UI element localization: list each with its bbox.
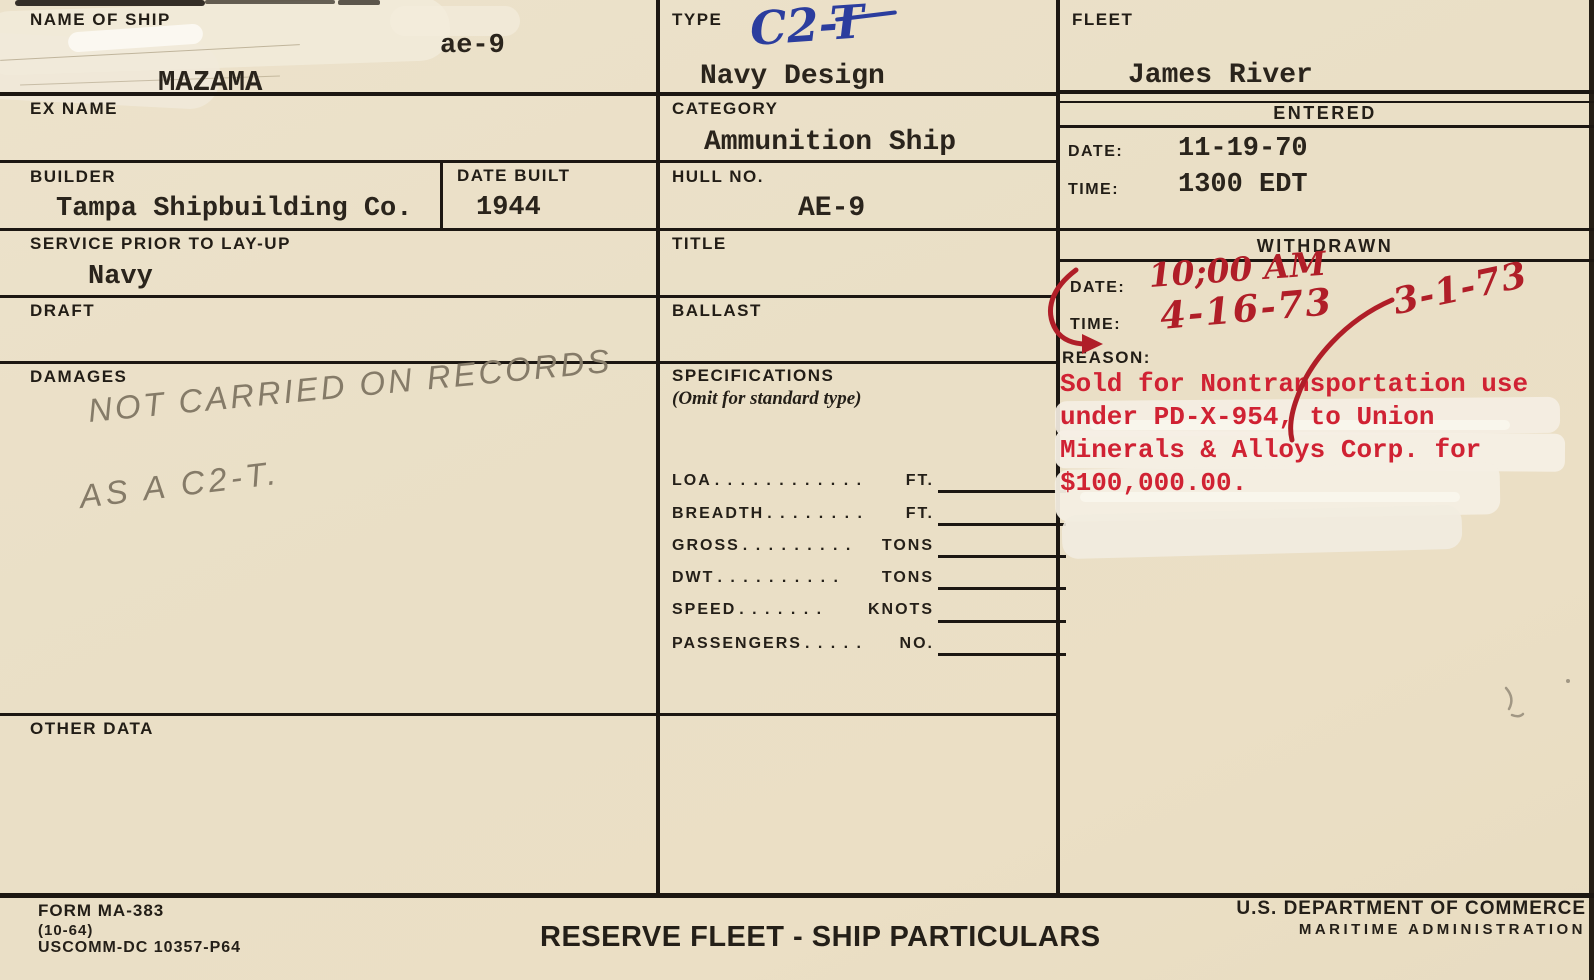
fleet-label: FLEET <box>1072 10 1133 30</box>
entered-time-label: TIME: <box>1068 181 1119 199</box>
spec-name: DWT <box>672 569 714 587</box>
builder-value: Tampa Shipbuilding Co. <box>56 194 412 224</box>
row-rule <box>0 295 1060 298</box>
spec-name: PASSENGERS <box>672 635 802 653</box>
spec-dots: . . . . . . . . <box>767 505 903 523</box>
damages-label: DAMAGES <box>30 367 127 387</box>
spec-dots: . . . . . . . . . . . . <box>715 472 903 490</box>
category-label: CATEGORY <box>672 99 778 119</box>
category-value: Ammunition Ship <box>704 127 956 158</box>
pencil-dot <box>1566 679 1570 683</box>
spec-blank-line <box>938 555 1066 558</box>
reason-line: Sold for Nontransportation use <box>1060 368 1528 401</box>
name-of-ship-pre-value: ae-9 <box>440 31 505 61</box>
spec-unit: FT. <box>906 505 934 523</box>
column-divider-left <box>656 0 660 896</box>
spec-unit: TONS <box>882 569 934 587</box>
ex-name-label: EX NAME <box>30 99 118 119</box>
spec-unit: NO. <box>900 635 934 653</box>
spec-row-passengers: PASSENGERS. . . . .NO. <box>672 635 934 653</box>
agency-line2: MARITIME ADMINISTRATION <box>1236 921 1586 938</box>
hull-no-value: AE-9 <box>798 193 865 224</box>
spec-dots: . . . . . . . . . <box>743 537 879 555</box>
spec-blank-line <box>938 587 1066 590</box>
spec-unit: TONS <box>882 537 934 555</box>
entered-header: ENTERED <box>1056 103 1594 124</box>
spec-row-speed: SPEED. . . . . . .KNOTS <box>672 601 934 619</box>
entered-box-rule <box>1056 125 1594 128</box>
spec-name: LOA <box>672 472 712 490</box>
withdrawn-time-label: TIME: <box>1070 316 1121 334</box>
name-of-ship-label: NAME OF SHIP <box>30 10 171 30</box>
form-number: FORM MA-383 <box>38 901 164 921</box>
type-label: TYPE <box>672 10 722 30</box>
row-rule <box>0 160 1060 163</box>
spec-dots: . . . . . . . . . . <box>717 569 878 587</box>
damages-pencil-note-line2: AS A C2-T. <box>77 454 282 516</box>
spec-name: GROSS <box>672 537 740 555</box>
ink-smudge <box>338 0 380 5</box>
entered-date-value: 11-19-70 <box>1178 134 1308 164</box>
type-value: Navy Design <box>700 61 885 92</box>
draft-label: DRAFT <box>30 301 95 321</box>
ink-smudge <box>205 0 335 4</box>
withdrawn-reason-label: REASON: <box>1062 348 1151 368</box>
form-code: USCOMM-DC 10357-P64 <box>38 939 241 957</box>
spec-unit: FT. <box>906 472 934 490</box>
date-built-divider <box>440 160 443 230</box>
spec-blank-line <box>938 653 1066 656</box>
name-of-ship-value: MAZAMA <box>158 66 262 99</box>
type-handwritten-value: C2-T <box>748 0 866 56</box>
spec-unit: KNOTS <box>868 601 934 619</box>
card-title: RESERVE FLEET - SHIP PARTICULARS <box>540 921 1101 954</box>
spec-name: SPEED <box>672 601 736 619</box>
specifications-note: (Omit for standard type) <box>672 388 861 410</box>
ink-smudge <box>15 0 205 6</box>
withdrawn-time-handwritten-2: 3-1-73 <box>1389 254 1531 323</box>
hull-no-label: HULL NO. <box>672 167 764 187</box>
builder-label: BUILDER <box>30 167 116 187</box>
service-prior-label: SERVICE PRIOR TO LAY-UP <box>30 234 291 254</box>
spec-dots: . . . . . <box>805 635 897 653</box>
spec-row-dwt: DWT. . . . . . . . . .TONS <box>672 569 934 587</box>
whiteout-patch <box>1061 505 1462 559</box>
scan-right-edge <box>1589 0 1594 980</box>
row-rule <box>0 228 1594 231</box>
form-revision: (10-64) <box>38 922 93 939</box>
spec-row-loa: LOA. . . . . . . . . . . .FT. <box>672 472 934 490</box>
specifications-label: SPECIFICATIONS <box>672 366 834 386</box>
spec-blank-line <box>938 523 1066 526</box>
entered-date-label: DATE: <box>1068 143 1123 161</box>
row-rule <box>0 713 1060 716</box>
spec-row-gross: GROSS. . . . . . . . .TONS <box>672 537 934 555</box>
pencil-mark <box>1506 688 1523 716</box>
spec-blank-line <box>938 620 1066 623</box>
spec-blank-line <box>938 490 1066 493</box>
reason-line: under PD-X-954, to Union <box>1060 401 1528 434</box>
ship-particulars-card: NAME OF SHIP ae-9 MAZAMA EX NAME BUILDER… <box>0 0 1594 980</box>
date-built-value: 1944 <box>476 193 541 223</box>
agency-line1: U.S. DEPARTMENT OF COMMERCE <box>1236 898 1586 920</box>
other-data-label: OTHER DATA <box>30 719 154 739</box>
damages-pencil-note-line1: NOT CARRIED ON RECORDS <box>86 342 613 430</box>
date-built-label: DATE BUILT <box>457 166 571 186</box>
reason-line: $100,000.00. <box>1060 467 1528 500</box>
ballast-label: BALLAST <box>672 301 762 321</box>
entered-time-value: 1300 EDT <box>1178 170 1308 200</box>
title-label: TITLE <box>672 234 727 254</box>
spec-row-breadth: BREADTH. . . . . . . .FT. <box>672 505 934 523</box>
withdrawn-date-label: DATE: <box>1070 279 1125 297</box>
agency-block: U.S. DEPARTMENT OF COMMERCE MARITIME ADM… <box>1236 898 1586 938</box>
fleet-value: James River <box>1128 60 1313 91</box>
spec-dots: . . . . . . . <box>739 601 865 619</box>
withdrawn-reason-text: Sold for Nontransportation use under PD-… <box>1060 368 1528 500</box>
reason-line: Minerals & Alloys Corp. for <box>1060 434 1528 467</box>
spec-name: BREADTH <box>672 505 764 523</box>
service-prior-value: Navy <box>88 262 153 292</box>
